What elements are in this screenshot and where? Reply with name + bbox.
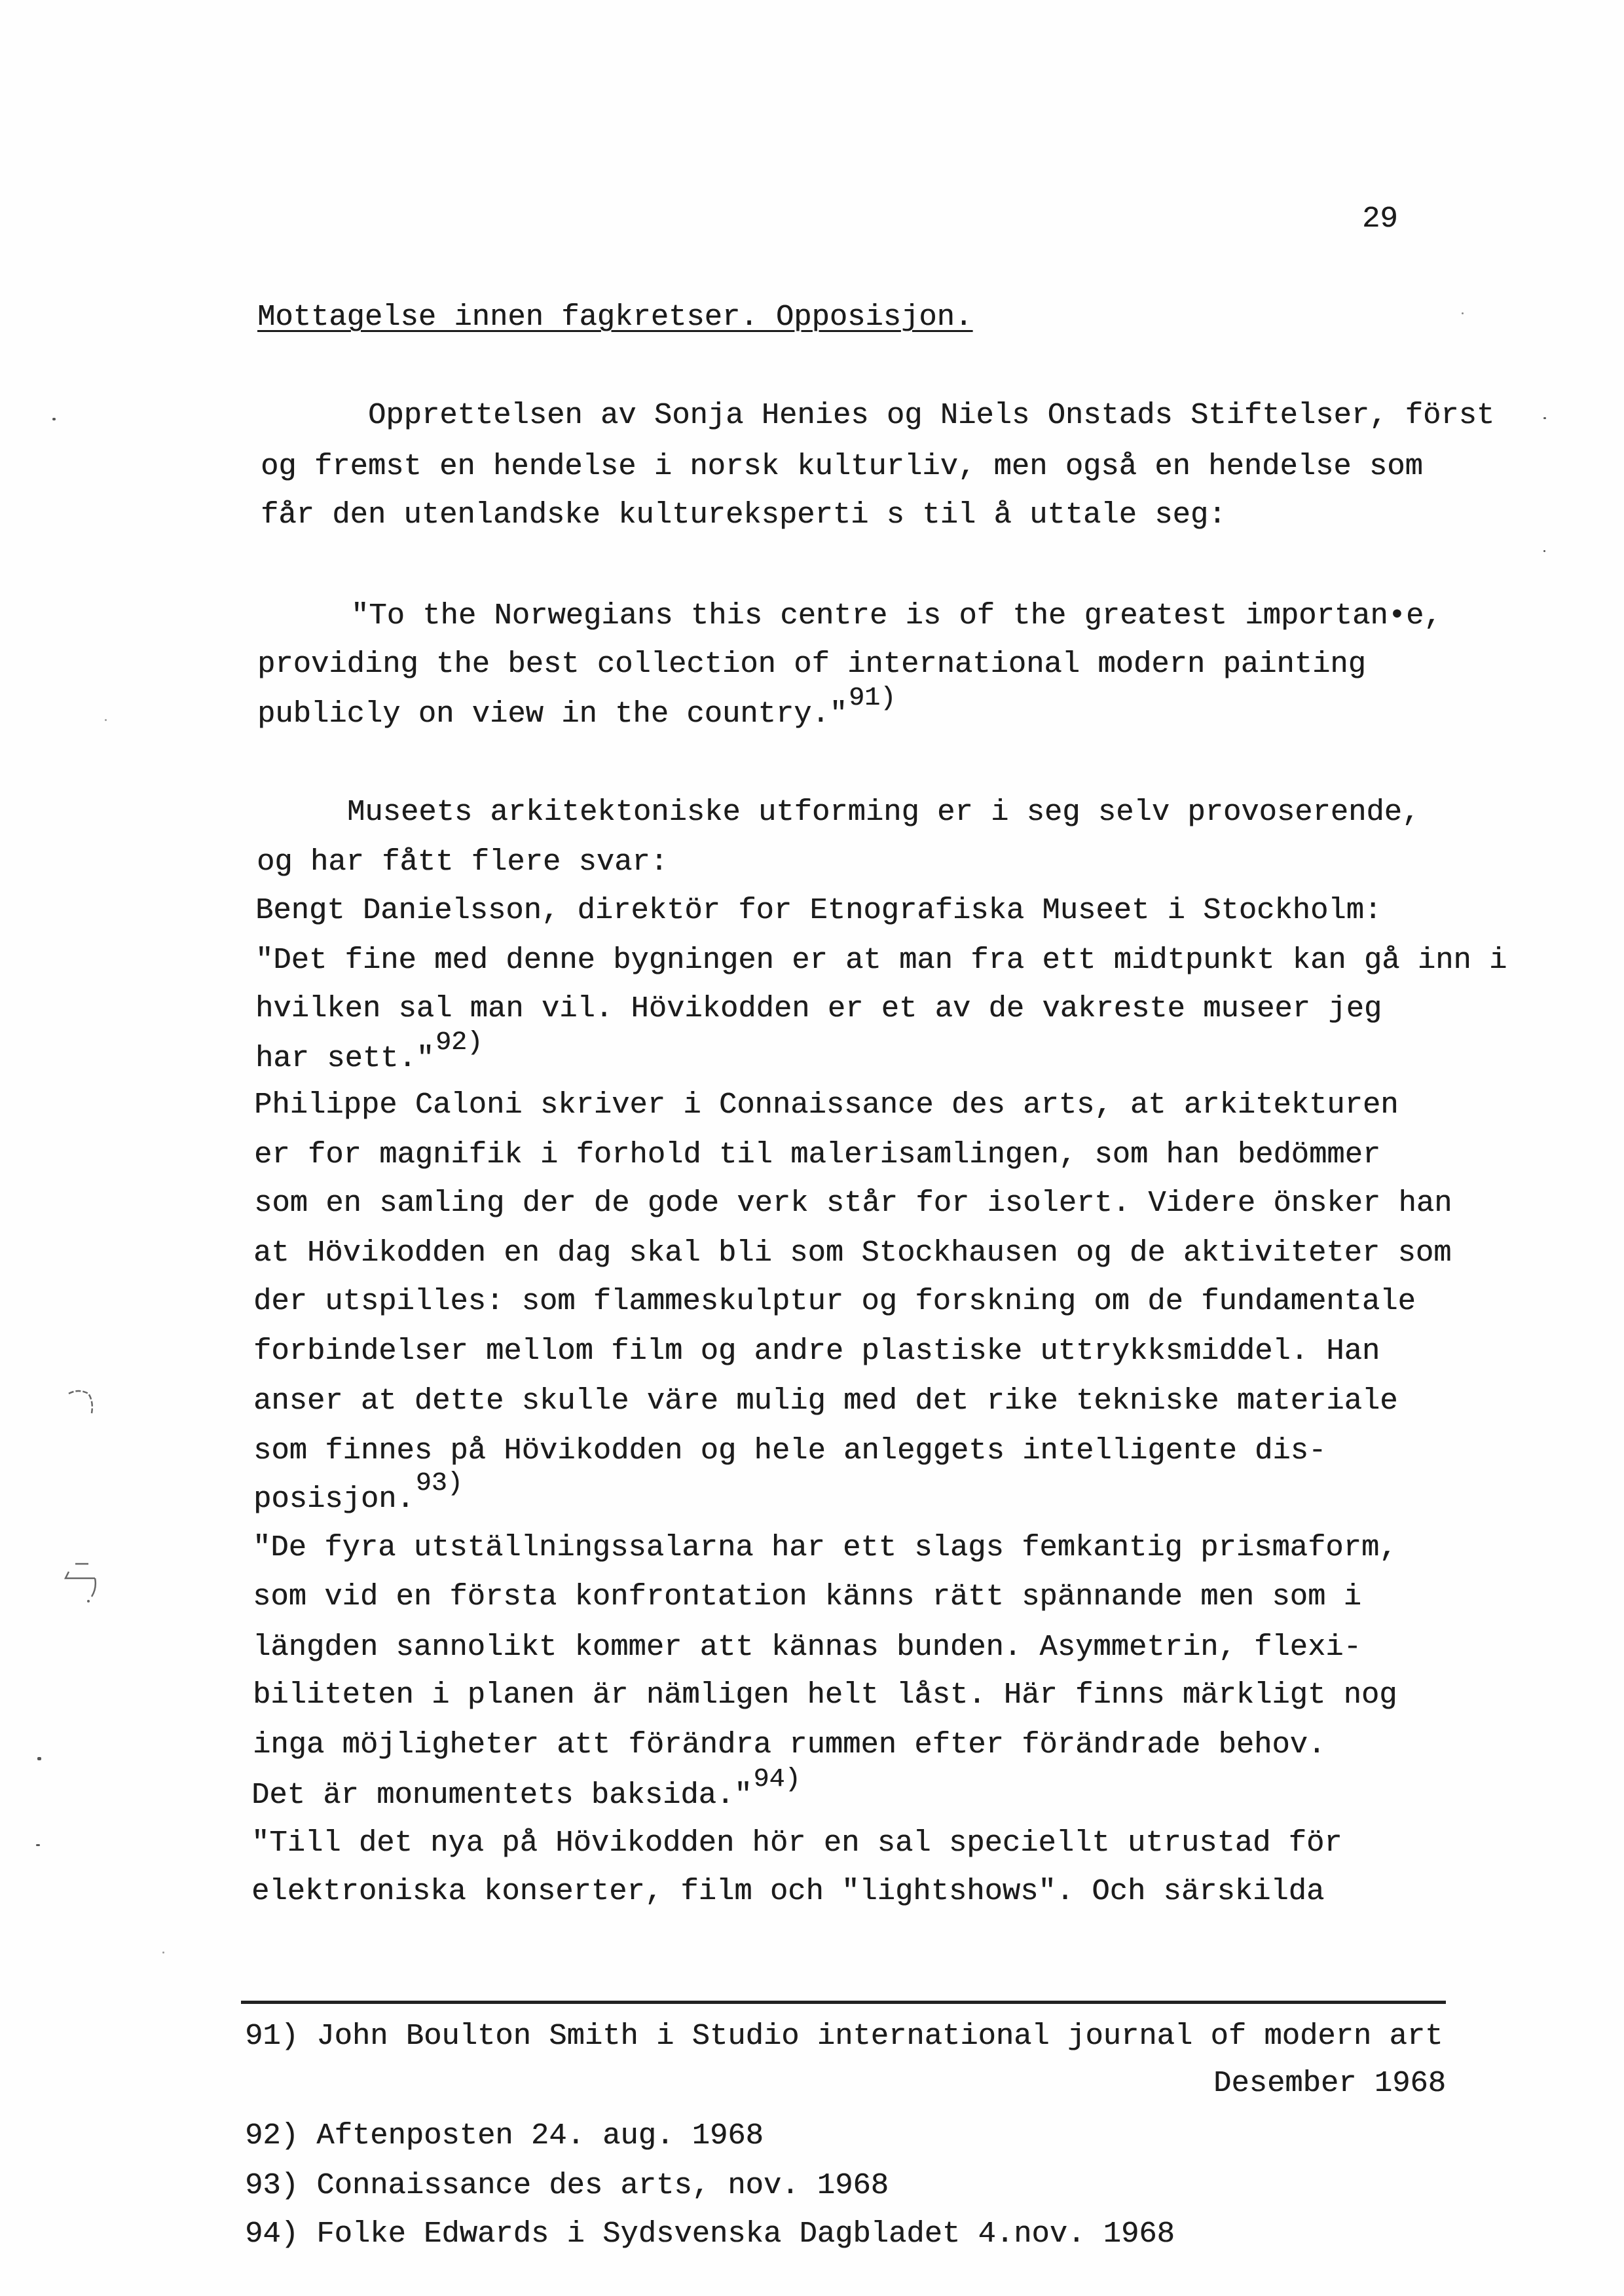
- footnote-92: 92) Aftenposten 24. aug. 1968: [245, 2121, 764, 2151]
- footnote-ref-94[interactable]: 94): [754, 1765, 801, 1794]
- para2-text: har sett.": [255, 1041, 434, 1075]
- para2-line: Museets arkitektoniske utforming er i se…: [347, 798, 1420, 828]
- para2-line: Bengt Danielsson, direktör for Etnografi…: [255, 896, 1382, 926]
- footnote-text: Aftenposten 24. aug. 1968: [316, 2119, 764, 2153]
- para5-line: "Till det nya på Hövikodden hör en sal s…: [251, 1828, 1342, 1859]
- quote-text: publicly on view in the country.": [257, 697, 847, 731]
- scan-speck: [1462, 312, 1464, 314]
- para4-line: biliteten i planen är nämligen helt låst…: [253, 1680, 1397, 1711]
- scan-speck: [37, 1757, 41, 1760]
- para3-line: er for magnifik i forhold til malerisaml…: [254, 1140, 1380, 1170]
- margin-bracket-mark: [65, 1388, 98, 1428]
- page-number: 29: [1362, 204, 1398, 234]
- footnote-ref-91[interactable]: 91): [849, 684, 896, 713]
- para2-line: hvilken sal man vil. Hövikodden er et av…: [255, 994, 1382, 1024]
- para1-line: får den utenlandske kultureksperti s til…: [261, 500, 1226, 530]
- para2-line: har sett."92): [255, 1044, 483, 1074]
- para4-line: som vid en första konfrontation känns rä…: [253, 1582, 1361, 1612]
- para3-line: at Hövikodden en dag skal bli som Stockh…: [253, 1238, 1451, 1268]
- footnote-number: 92): [245, 2119, 299, 2153]
- para3-line: Philippe Caloni skriver i Connaissance d…: [254, 1090, 1398, 1120]
- para5-line: elektroniska konserter, film och "lights…: [251, 1877, 1324, 1907]
- footnote-text: Connaissance des arts, nov. 1968: [316, 2168, 889, 2202]
- para4-line: "De fyra utställningssalarna har ett sla…: [253, 1533, 1397, 1563]
- scan-speck: [36, 1844, 40, 1846]
- scan-speck: [1543, 550, 1545, 552]
- scan-speck: [105, 719, 107, 721]
- scan-speck: [162, 1952, 164, 1953]
- footnote-94: 94) Folke Edwards i Sydsvenska Dagbladet…: [245, 2219, 1175, 2250]
- para2-line: "Det fine med denne bygningen er at man …: [255, 946, 1507, 976]
- document-page: 29 Mottagelse innen fagkretser. Opposisj…: [0, 0, 1624, 2296]
- para3-line: forbindelser mellom film og andre plasti…: [253, 1337, 1380, 1367]
- quote-line: "To the Norwegians this centre is of the…: [351, 601, 1442, 631]
- para4-line: längden sannolikt kommer att kännas bund…: [253, 1633, 1361, 1663]
- footnote-text: Folke Edwards i Sydsvenska Dagbladet 4.n…: [316, 2217, 1175, 2251]
- para3-line: som en samling der de gode verk står for…: [254, 1189, 1452, 1219]
- quote-line: publicly on view in the country."91): [257, 699, 896, 730]
- para3-text: posisjon.: [253, 1482, 415, 1516]
- footnote-93: 93) Connaissance des arts, nov. 1968: [245, 2171, 889, 2201]
- section-heading: Mottagelse innen fagkretser. Opposisjon.: [257, 303, 972, 333]
- para4-text: Det är monumentets baksida.": [251, 1778, 752, 1812]
- para3-line: anser at dette skulle väre mulig med det…: [253, 1386, 1397, 1416]
- footnote-91: 91) John Boulton Smith i Studio internat…: [245, 2022, 1443, 2052]
- footnote-number: 93): [245, 2168, 299, 2202]
- para3-line: der utspilles: som flammeskulptur og for…: [253, 1287, 1416, 1317]
- para1-line: Opprettelsen av Sonja Henies og Niels On…: [368, 401, 1494, 431]
- scan-speck: [1543, 417, 1546, 419]
- footnote-ref-92[interactable]: 92): [435, 1028, 483, 1058]
- para3-line: posisjon.93): [253, 1485, 463, 1515]
- para3-line: som finnes på Hövikodden og hele anlegge…: [253, 1436, 1326, 1466]
- para4-line: Det är monumentets baksida."94): [251, 1781, 801, 1811]
- para4-line: inga möjligheter att förändra rummen eft…: [253, 1730, 1325, 1760]
- footnote-ref-93[interactable]: 93): [416, 1469, 463, 1498]
- footnote-text: John Boulton Smith i Studio internationa…: [316, 2019, 1443, 2053]
- para1-line: og fremst en hendelse i norsk kulturliv,…: [261, 452, 1423, 482]
- footnote-91-continuation: Desember 1968: [786, 2069, 1446, 2099]
- footnote-separator: [241, 2001, 1446, 2004]
- para2-line: og har fått flere svar:: [257, 847, 668, 878]
- quote-line: providing the best collection of interna…: [257, 650, 1366, 680]
- margin-bracket-mark: [59, 1559, 98, 1611]
- scan-speck: [52, 418, 56, 420]
- footnote-number: 91): [245, 2019, 299, 2053]
- footnote-number: 94): [245, 2217, 299, 2251]
